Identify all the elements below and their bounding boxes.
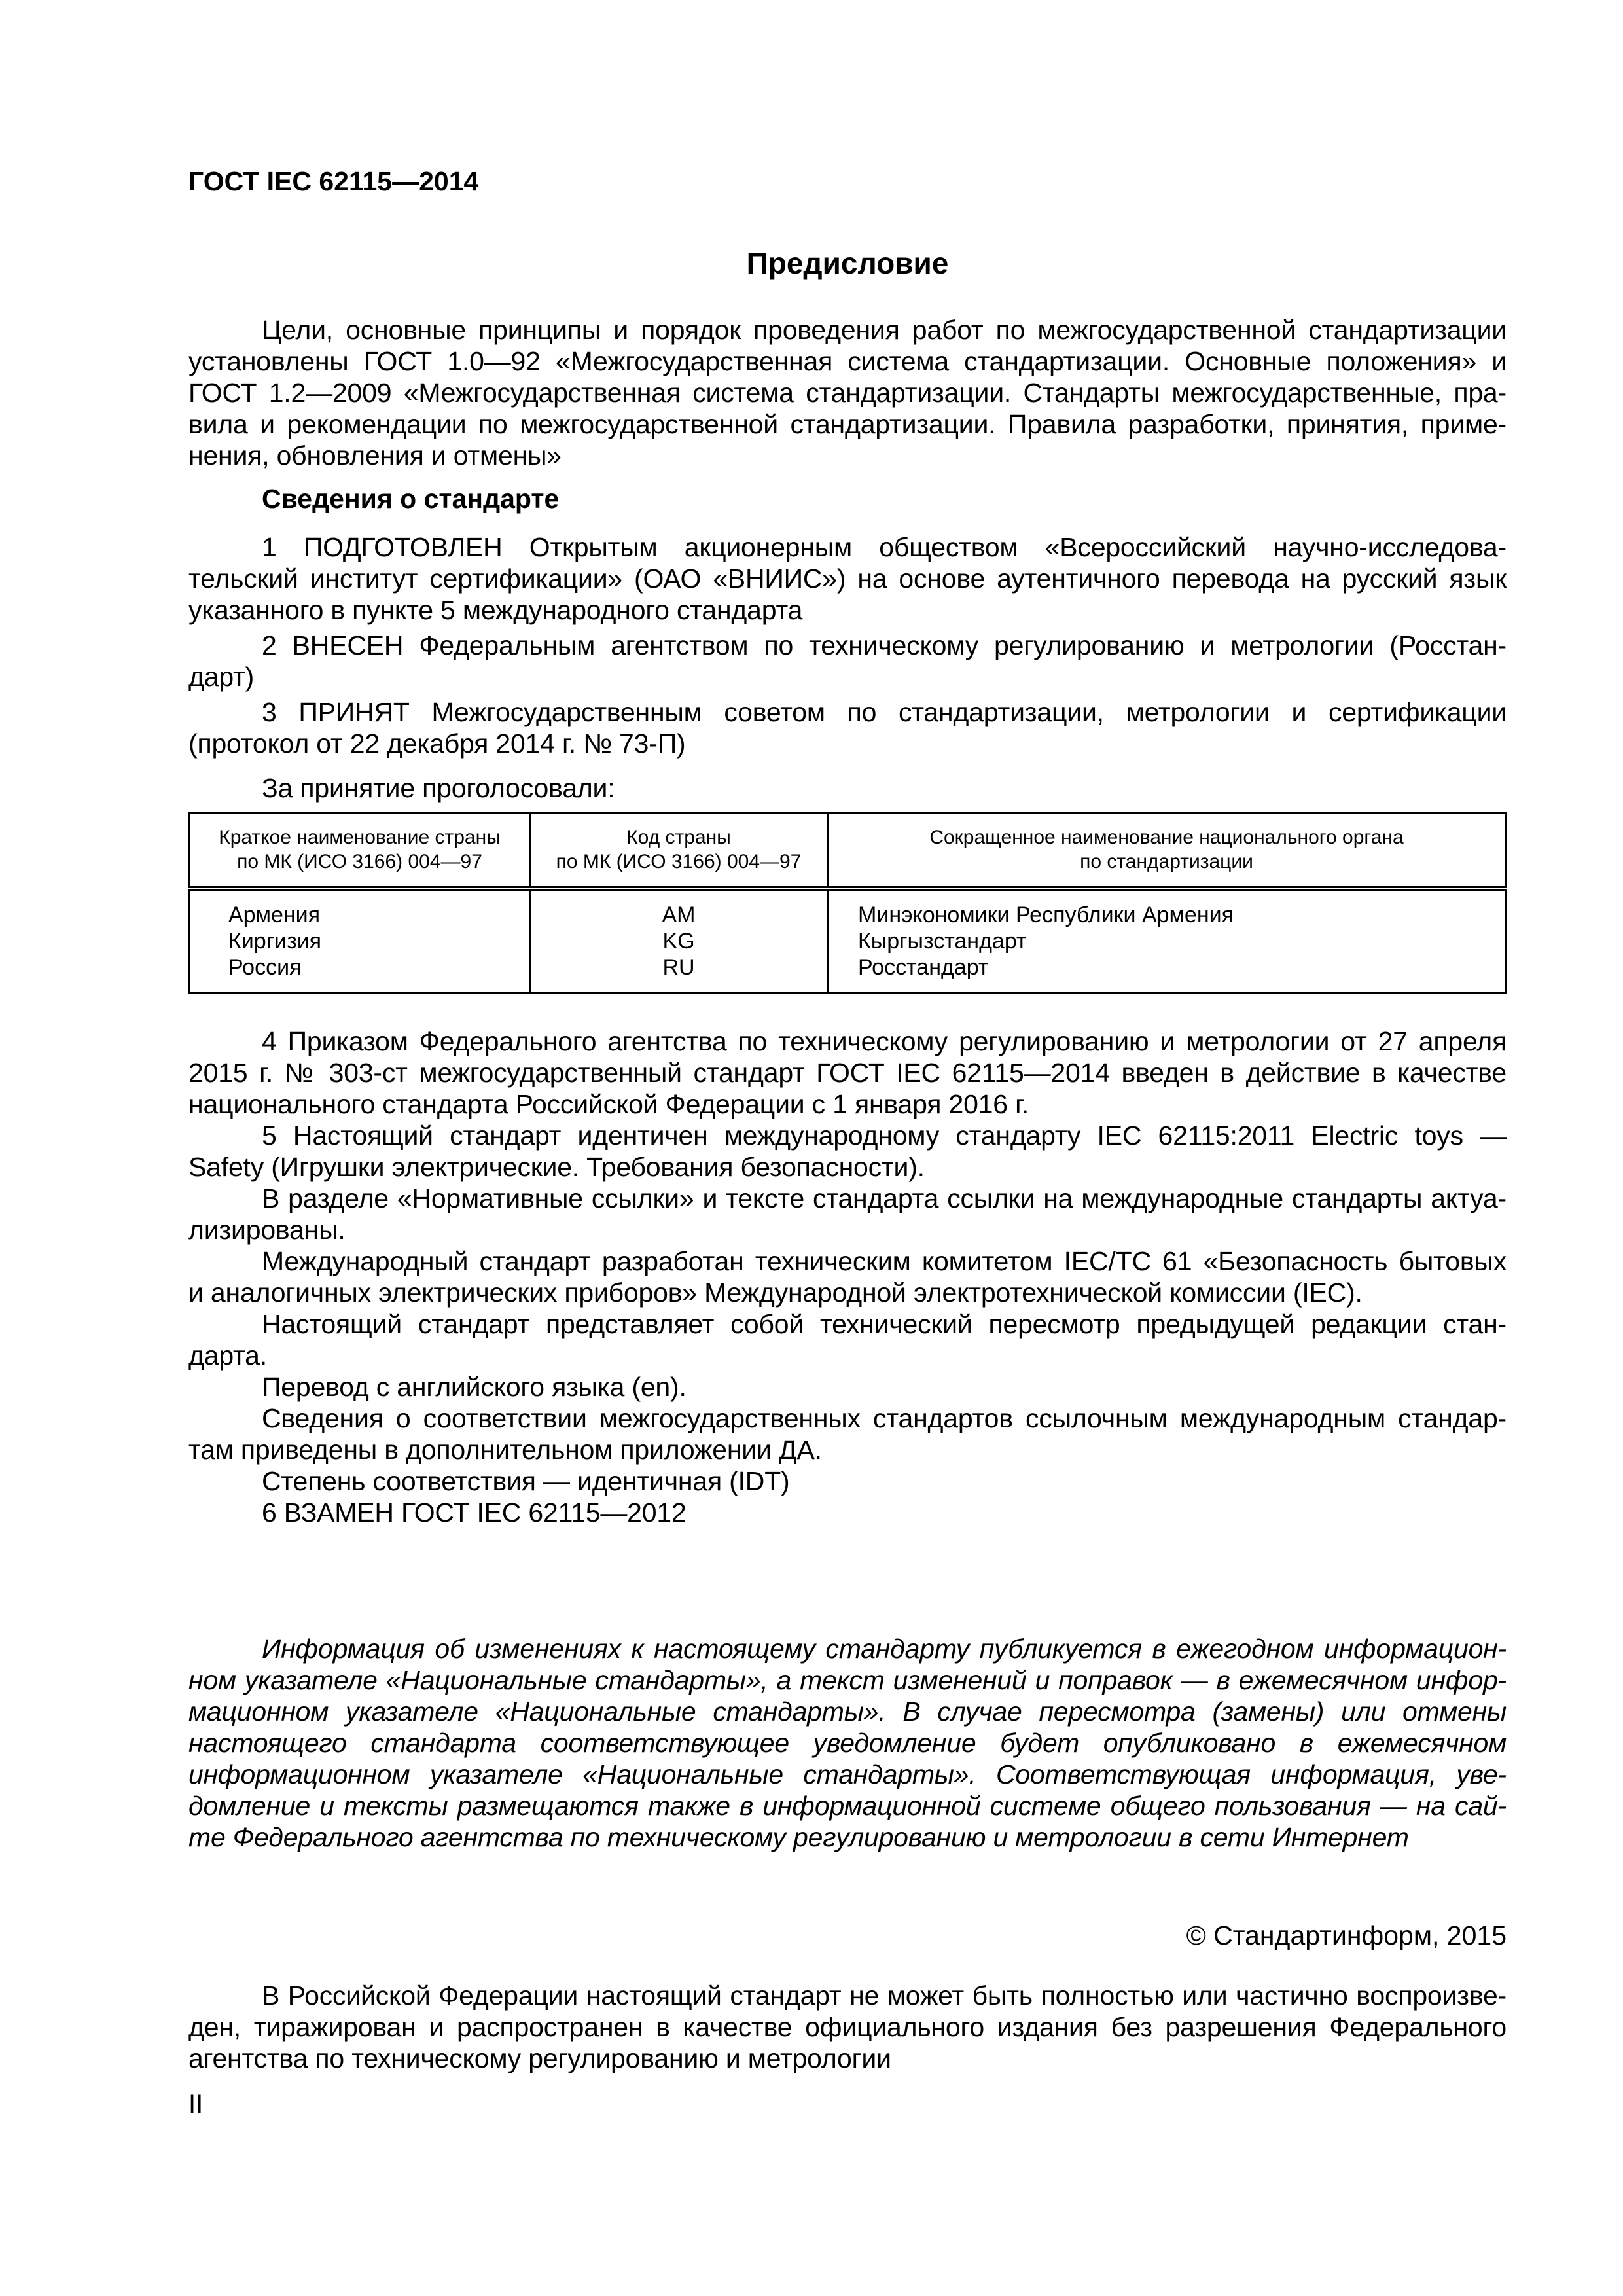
text-line: ном указателе «Национальные стандарты», …	[188, 1664, 1507, 1696]
voting-table-body: АрменияAMМинэкономики Республики Армения…	[190, 889, 1506, 994]
text-line: тельский институт сертификации» (ОАО «ВН…	[188, 563, 1507, 594]
text-line: 2 ВНЕСЕН Федеральным агентством по техни…	[188, 630, 1507, 661]
paragraph: 1 ПОДГОТОВЛЕН Открытым акционерным общес…	[188, 531, 1507, 626]
paragraph: Степень соответствия — идентичная (IDT)	[188, 1465, 1507, 1497]
vote-line: За принятие проголосовали:	[188, 772, 1507, 804]
page-title: Предисловие	[188, 245, 1507, 281]
text-line: 3 ПРИНЯТ Межгосударственным советом по с…	[188, 696, 1507, 728]
text-line: За принятие проголосовали:	[188, 772, 1507, 804]
footer-paragraph: В Российской Федерации настоящий стандар…	[188, 1980, 1507, 2074]
text-line: Настоящий стандарт представляет собой те…	[188, 1308, 1507, 1340]
voting-table-cell: RU	[530, 954, 828, 994]
text-line: установлены ГОСТ 1.0—92 «Межгосударствен…	[188, 346, 1507, 377]
text-line: ден, тиражирован и распространен в качес…	[188, 2011, 1507, 2043]
voting-table-cell: Армения	[190, 889, 530, 929]
text-line: (протокол от 22 декабря 2014 г. № 73-П)	[188, 728, 1507, 759]
paragraph: 6 ВЗАМЕН ГОСТ IEC 62115—2012	[188, 1497, 1507, 1528]
text-line: 6 ВЗАМЕН ГОСТ IEC 62115—2012	[188, 1497, 1507, 1528]
paragraph: Настоящий стандарт представляет собой те…	[188, 1308, 1507, 1371]
paragraph: 4 Приказом Федерального агентства по тех…	[188, 1026, 1507, 1120]
text-line: указанного в пункте 5 международного ста…	[188, 594, 1507, 626]
text-line: вила и рекомендации по межгосударственно…	[188, 408, 1507, 440]
text-line: там приведены в дополнительном приложени…	[188, 1434, 1507, 1465]
standard-info-heading: Сведения о стандарте	[188, 483, 1507, 514]
voting-table: Краткое наименование страны по МК (ИСО 3…	[188, 812, 1507, 994]
changes-notice: Информация об изменениях к настоящему ст…	[188, 1633, 1507, 1853]
text-line: В Российской Федерации настоящий стандар…	[188, 1980, 1507, 2011]
voting-table-cell: Кыргызстандарт	[828, 928, 1506, 954]
voting-table-row: КиргизияKGКыргызстандарт	[190, 928, 1506, 954]
text-line: Степень соответствия — идентичная (IDT)	[188, 1465, 1507, 1497]
text-line: 1 ПОДГОТОВЛЕН Открытым акционерным общес…	[188, 531, 1507, 563]
voting-table-cell: AM	[530, 889, 828, 929]
text-line: В разделе «Нормативные ссылки» и тексте …	[188, 1183, 1507, 1214]
voting-table-header-row: Краткое наименование страны по МК (ИСО 3…	[190, 813, 1506, 889]
text-line: 2015 г. № 303-ст межгосударственный стан…	[188, 1057, 1507, 1088]
text-line: нения, обновления и отмены»	[188, 440, 1507, 471]
voting-table-cell: Киргизия	[190, 928, 530, 954]
voting-table-cell: Россия	[190, 954, 530, 994]
text-line: дарт)	[188, 661, 1507, 692]
voting-table-head: Краткое наименование страны по МК (ИСО 3…	[190, 813, 1506, 889]
text-line: мационном указателе «Национальные станда…	[188, 1696, 1507, 1727]
text-line: Международный стандарт разработан технич…	[188, 1246, 1507, 1277]
paragraph: Сведения о соответствии межгосударственн…	[188, 1403, 1507, 1465]
text-line: Цели, основные принципы и порядок провед…	[188, 314, 1507, 346]
text-line: домление и тексты размещаются также в ин…	[188, 1790, 1507, 1821]
text-line: агентства по техническому регулированию …	[188, 2043, 1507, 2074]
paragraph: В Российской Федерации настоящий стандар…	[188, 1980, 1507, 2074]
paragraph: За принятие проголосовали:	[188, 772, 1507, 804]
voting-table-cell: KG	[530, 928, 828, 954]
voting-table-header-cell: Код страны по МК (ИСО 3166) 004—97	[530, 813, 828, 889]
text-line: 4 Приказом Федерального агентства по тех…	[188, 1026, 1507, 1057]
text-line: Перевод с английского языка (en).	[188, 1371, 1507, 1403]
text-line: и аналогичных электрических приборов» Ме…	[188, 1277, 1507, 1308]
paragraph: 2 ВНЕСЕН Федеральным агентством по техни…	[188, 630, 1507, 692]
copyright-line: © Стандартинформ, 2015	[188, 1920, 1507, 1951]
page-content: ГОСТ IEC 62115—2014 Предисловие Цели, ос…	[188, 0, 1507, 2120]
page-number: II	[188, 2089, 1507, 2120]
text-line: Информация об изменениях к настоящему ст…	[188, 1633, 1507, 1664]
paragraph: В разделе «Нормативные ссылки» и тексте …	[188, 1183, 1507, 1246]
voting-table-row: РоссияRUРосстандарт	[190, 954, 1506, 994]
text-line: те Федерального агентства по техническом…	[188, 1821, 1507, 1853]
voting-table-header-cell: Сокращенное наименование национального о…	[828, 813, 1506, 889]
paragraph: Международный стандарт разработан технич…	[188, 1246, 1507, 1308]
text-line: информационном указателе «Национальные с…	[188, 1759, 1507, 1790]
voting-table-header-cell: Краткое наименование страны по МК (ИСО 3…	[190, 813, 530, 889]
text-line: Safety (Игрушки электрические. Требовани…	[188, 1151, 1507, 1183]
paragraph: 3 ПРИНЯТ Межгосударственным советом по с…	[188, 696, 1507, 759]
voting-table-row: АрменияAMМинэкономики Республики Армения	[190, 889, 1506, 929]
text-line: 5 Настоящий стандарт идентичен междунаро…	[188, 1120, 1507, 1151]
paragraph: Цели, основные принципы и порядок провед…	[188, 314, 1507, 471]
voting-table-cell: Минэкономики Республики Армения	[828, 889, 1506, 929]
text-line: лизированы.	[188, 1214, 1507, 1246]
standard-info-items: 1 ПОДГОТОВЛЕН Открытым акционерным общес…	[188, 531, 1507, 759]
text-line: настоящего стандарта соответствующее уве…	[188, 1727, 1507, 1759]
intro-section: Цели, основные принципы и порядок провед…	[188, 314, 1507, 471]
paragraph: 5 Настоящий стандарт идентичен междунаро…	[188, 1120, 1507, 1183]
paragraph: Перевод с английского языка (en).	[188, 1371, 1507, 1403]
text-line: национального стандарта Российской Федер…	[188, 1088, 1507, 1120]
doc-code: ГОСТ IEC 62115—2014	[188, 165, 1507, 198]
document-page: ГОСТ IEC 62115—2014 Предисловие Цели, ос…	[0, 0, 1623, 2296]
voting-table-cell: Росстандарт	[828, 954, 1506, 994]
paragraph: Информация об изменениях к настоящему ст…	[188, 1633, 1507, 1853]
after-table-section: 4 Приказом Федерального агентства по тех…	[188, 1026, 1507, 1528]
text-line: Сведения о соответствии межгосударственн…	[188, 1403, 1507, 1434]
text-line: ГОСТ 1.2—2009 «Межгосударственная систем…	[188, 377, 1507, 408]
text-line: дарта.	[188, 1340, 1507, 1371]
